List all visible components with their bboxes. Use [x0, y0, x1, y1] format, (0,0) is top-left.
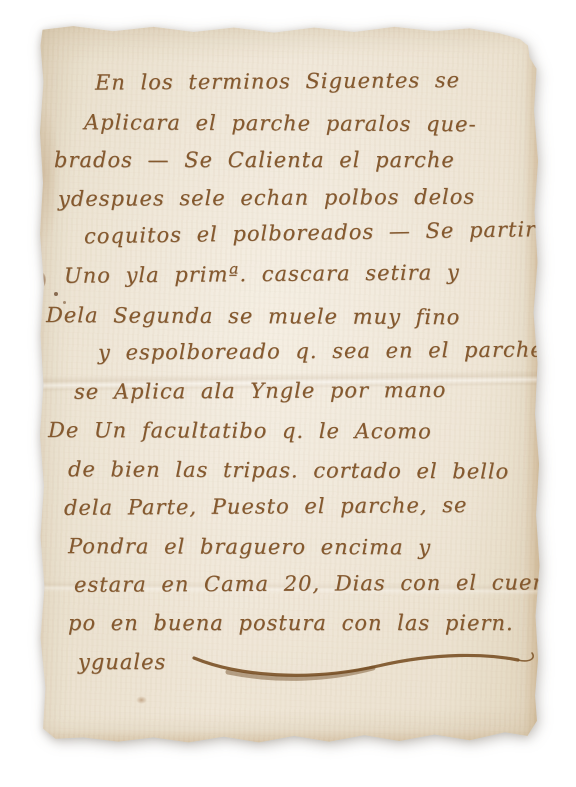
foxing-spot [136, 696, 147, 704]
handwritten-text: En los terminos Siguentes se Aplicara el… [38, 64, 540, 682]
text-line: brados — Se Calienta el parche [38, 141, 540, 180]
text-line: De Un facultatibo q. le Acomo [38, 411, 540, 451]
text-line: Pondra el braguero encima y [38, 527, 540, 567]
text-line: se Aplica ala Yngle por mano [38, 370, 540, 411]
text-line: Uno yla primª. cascara setira y [38, 253, 540, 296]
text-line: po en buena postura con las piern. [38, 604, 540, 643]
photo-background: En los terminos Siguentes se Aplicara el… [0, 0, 576, 787]
text-line: estara en Cama 20, Dias con el cuer [38, 563, 540, 604]
text-line: En los terminos Siguentes se [38, 60, 540, 102]
text-line: coquitos el polboreados — Se partira [38, 210, 541, 256]
paper-sheet: En los terminos Siguentes se Aplicara el… [38, 24, 540, 746]
text-line: y espolboreado q. sea en el parche [38, 331, 540, 373]
text-line: dela Parte, Puesto el parche, se [38, 485, 540, 527]
text-line: Aplicara el parche paralos que- [38, 103, 540, 144]
manuscript-page: En los terminos Siguentes se Aplicara el… [38, 24, 540, 746]
text-line: yguales [38, 643, 540, 682]
text-line: de bien las tripas. cortado el bello [38, 450, 540, 491]
aged-edge-tint [38, 730, 540, 746]
